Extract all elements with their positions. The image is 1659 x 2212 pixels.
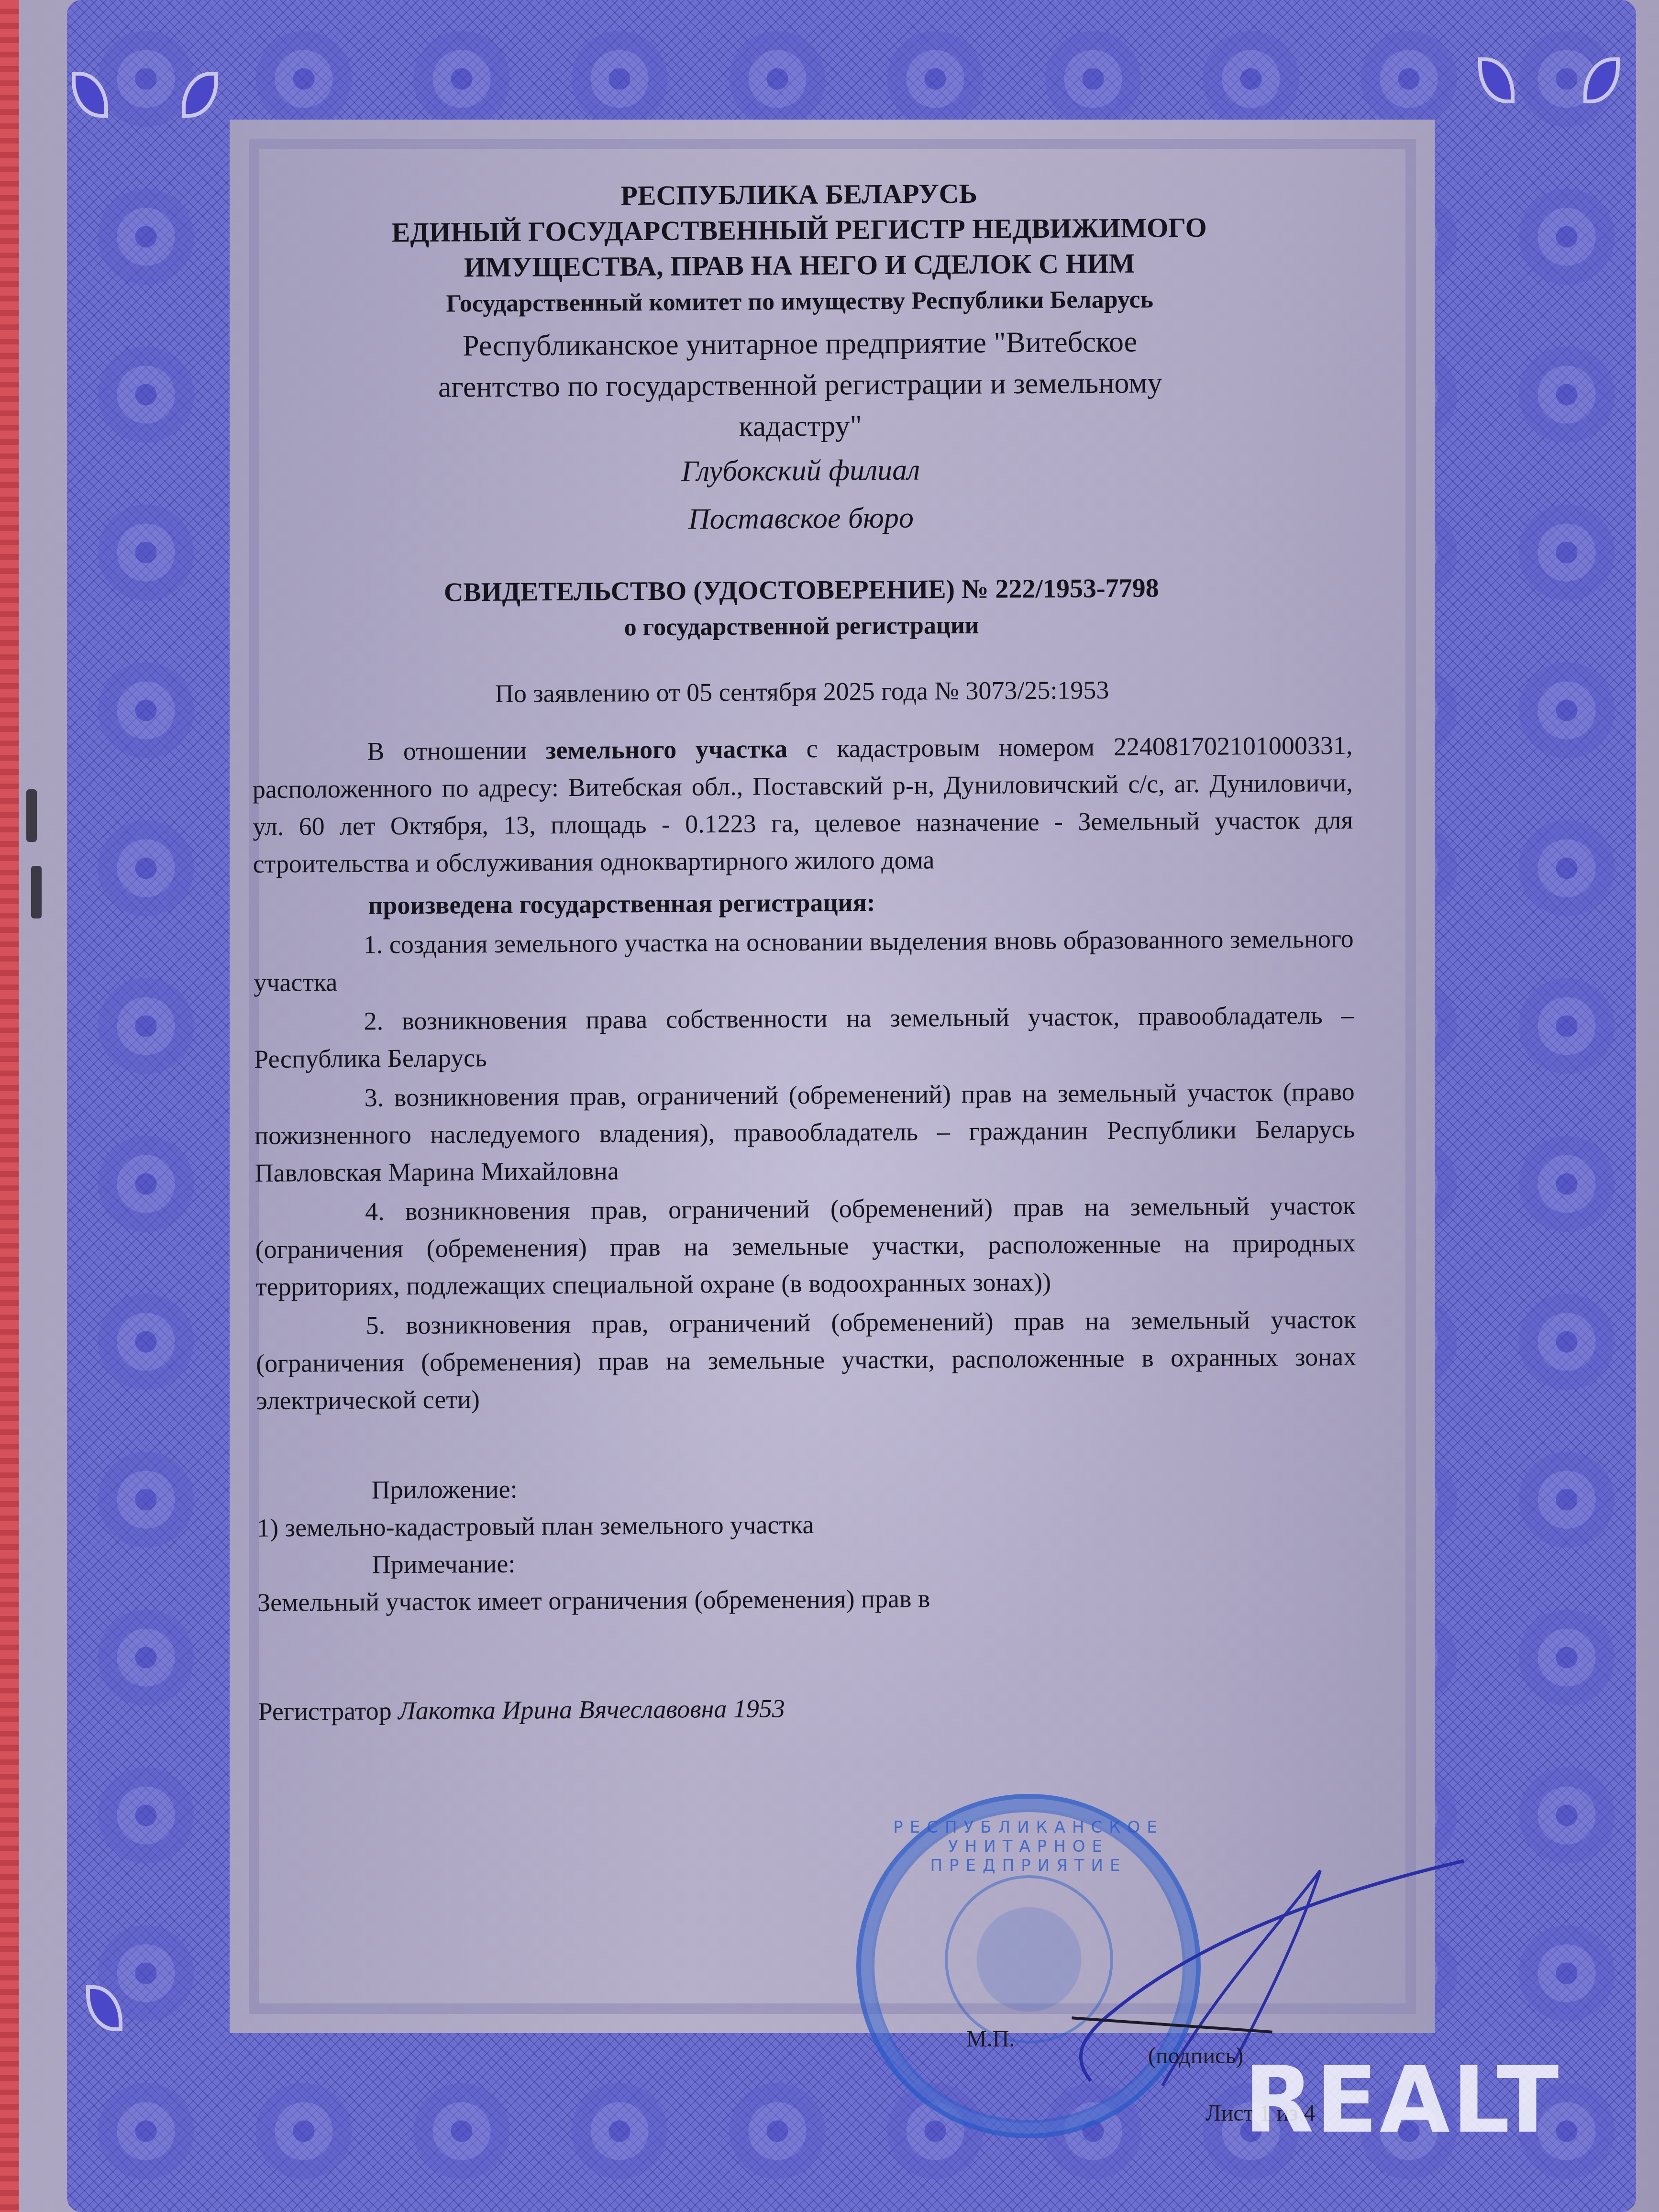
branch-name: Глубокский филиал xyxy=(250,443,1351,498)
registration-item: 1. создания земельного участка на основа… xyxy=(254,920,1354,1001)
staple-icon xyxy=(26,789,37,842)
bureau-name: Поставское бюро xyxy=(251,491,1351,546)
appendix-label: Приложение: xyxy=(257,1465,1357,1509)
registration-item: 4. возникновения прав, ограничений (обре… xyxy=(255,1187,1356,1305)
application-reference: По заявлению от 05 сентября 2025 года № … xyxy=(252,669,1352,714)
registration-heading: произведена государственная регистрация: xyxy=(253,881,1353,925)
register-heading-line1: ЕДИНЫЙ ГОСУДАРСТВЕННЫЙ РЕГИСТР НЕДВИЖИМО… xyxy=(249,209,1349,251)
certificate-text: РЕСПУБЛИКА БЕЛАРУСЬ ЕДИНЫЙ ГОСУДАРСТВЕНН… xyxy=(249,174,1359,1730)
country-heading: РЕСПУБЛИКА БЕЛАРУСЬ xyxy=(249,174,1349,216)
certificate-subtitle: о государственной регистрации xyxy=(252,606,1352,647)
folder-cover-edge xyxy=(0,0,19,2212)
note-label: Примечание: xyxy=(257,1540,1357,1584)
certificate-title: СВИДЕТЕЛЬСТВО (УДОСТОВЕРЕНИЕ) № 222/1953… xyxy=(251,568,1351,613)
note-text: Земельный участок имеет ограничения (обр… xyxy=(257,1577,1358,1621)
committee-heading: Государственный комитет по имуществу Рес… xyxy=(249,282,1349,322)
register-heading-line2: ИМУЩЕСТВА, ПРАВ НА НЕГО И СДЕЛОК С НИМ xyxy=(249,244,1349,287)
registrar-label: Регистратор xyxy=(258,1696,391,1726)
signature-caption: (подпись) xyxy=(1148,2043,1243,2069)
realt-watermark-logo: REALT xyxy=(1244,2047,1560,2153)
registrar-name: Лакотка Ирина Вячеславовна 1953 xyxy=(398,1694,785,1725)
appendix-item: 1) земельно-кадастровый план земельного … xyxy=(257,1503,1357,1547)
registration-item: 3. возникновения прав, ограничений (обре… xyxy=(254,1073,1355,1192)
registration-item: 5. возникновения прав, ограничений (обре… xyxy=(255,1301,1356,1419)
parcel-description: В отношении земельного участка с кадастр… xyxy=(252,727,1353,883)
staple-icon xyxy=(31,866,42,918)
registrar-line: Регистратор Лакотка Ирина Вячеславовна 1… xyxy=(258,1686,1358,1730)
registration-item: 2. возникновения права собственности на … xyxy=(254,996,1355,1078)
seal-placeholder-label: М.П. xyxy=(966,2026,1015,2052)
agency-name: Республиканское унитарное предприятие "В… xyxy=(250,320,1351,450)
